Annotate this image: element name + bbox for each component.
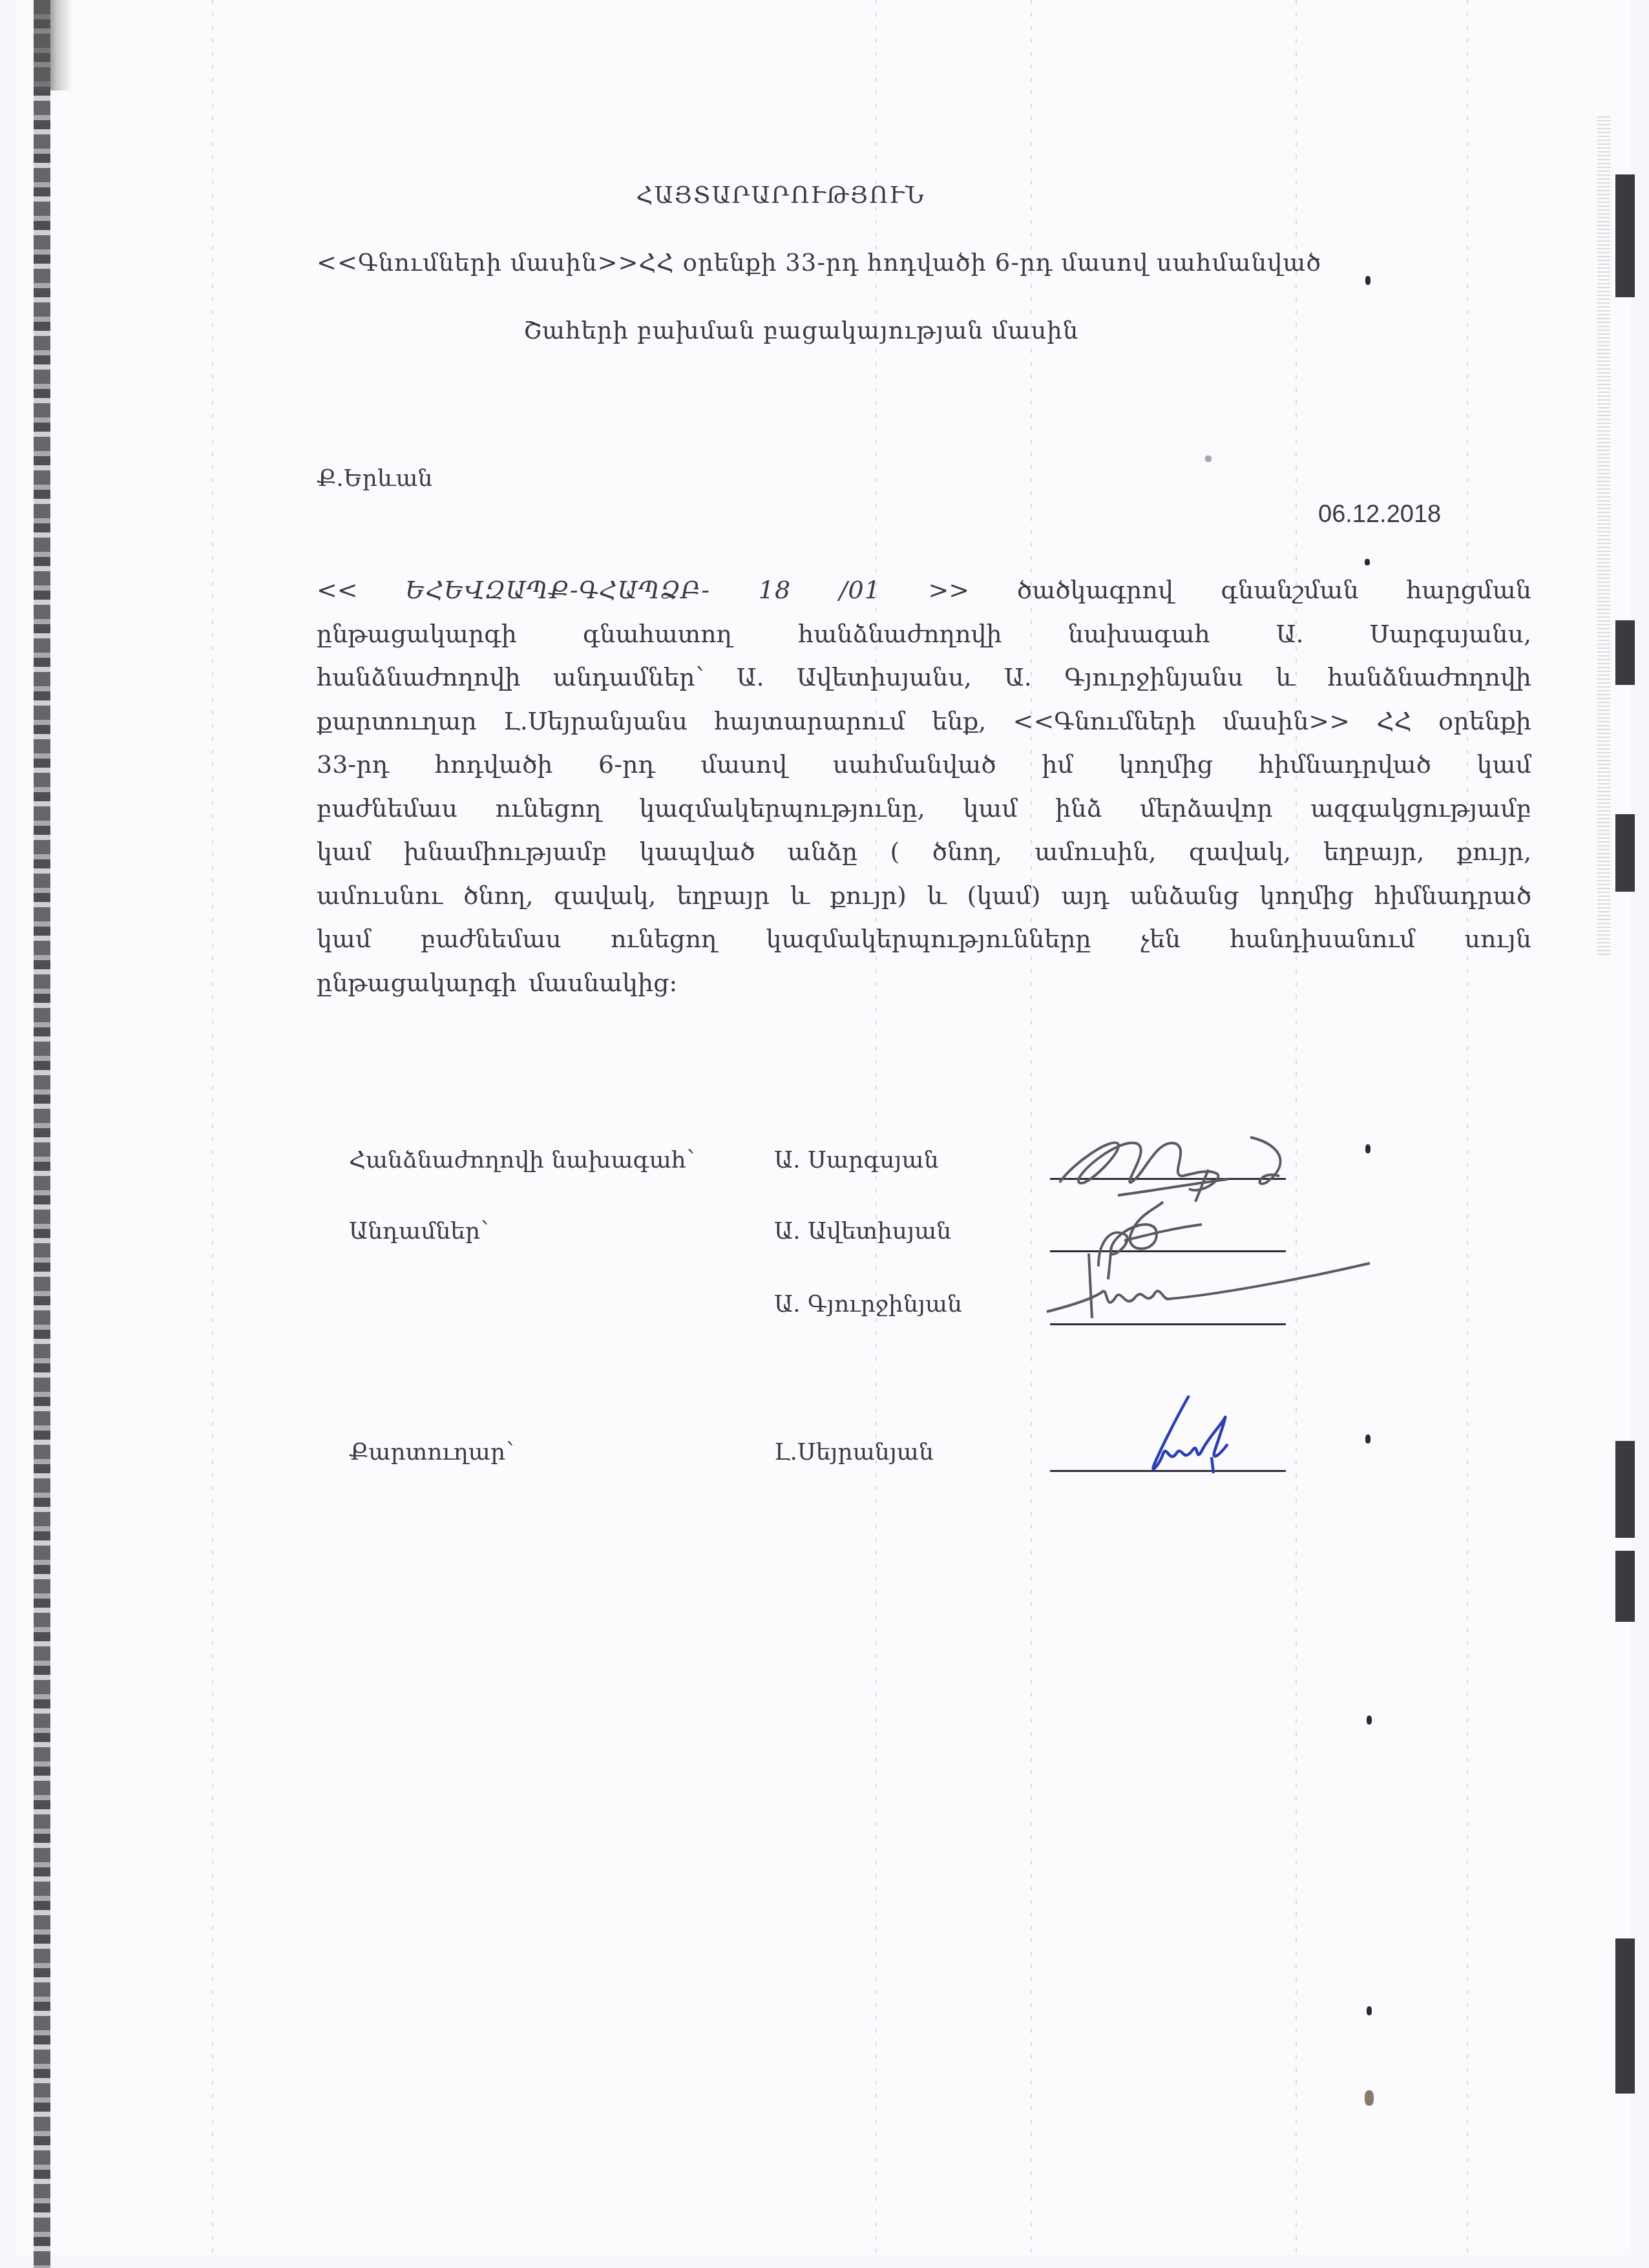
body-line: 33-րդ հոդվածի 6-րդ մասով սահմանված իմ կո… (317, 743, 1531, 787)
document-subtitle-2: Շահերի բախման բացակայության մասին (523, 317, 1170, 344)
scan-fleck (1367, 2006, 1372, 2015)
handwritten-signature-icon (1137, 1392, 1266, 1476)
scan-fleck (1365, 276, 1371, 285)
document-subtitle: <<Գնումների մասին>>ՀՀ օրենքի 33-րդ հոդվա… (317, 249, 1338, 277)
scan-edge-right-band (1615, 1441, 1635, 1538)
document-title: ՀԱՅՏԱՐԱՐՈՒԹՅՈՒՆ (613, 182, 949, 209)
body-line: կամ խնամիությամբ կապված անձը ( ծնող, ամո… (317, 830, 1531, 874)
scan-edge-left (34, 0, 50, 2268)
body-line: ամուսնու ծնող, զավակ, եղբայր և քույր) և … (317, 874, 1531, 918)
signature-role: Քարտուղար՝ (349, 1439, 514, 1465)
scan-fleck (1365, 559, 1370, 565)
scan-fleck (1367, 1716, 1372, 1725)
body-line: ընթացակարգի գնահատող հանձնաժողովի նախագա… (317, 613, 1531, 656)
signature-role: Հանձնաժողովի նախագահ՝ (349, 1147, 695, 1173)
document-city: Ք.Երևան (317, 465, 432, 492)
signature-role: Անդամներ՝ (349, 1218, 488, 1244)
scan-edge-right-band (1615, 1938, 1635, 2094)
handwritten-signature-icon (1034, 1124, 1305, 1202)
scan-fleck (1365, 1144, 1371, 1153)
scan-streak (1467, 0, 1468, 2255)
body-line: ընթացակարգի մասնակից: (317, 961, 1531, 1005)
scan-fleck (1205, 456, 1212, 462)
signature-name: Ա. Սարգսյան (774, 1147, 939, 1173)
body-line: քարտուղար Լ.Սեյրանյանս հայտարարում ենք, … (317, 700, 1531, 744)
body-line: բաժնեմաս ունեցող կազմակերպությունը, կամ … (317, 787, 1531, 831)
scan-edge-right-band (1615, 174, 1635, 297)
document-body: << ԵՀԵՎԶԱՊՔ-ԳՀԱՊՁԲ- 18 /01 >> ծածկագրով … (317, 569, 1531, 1005)
signature-name: Ա. Գյուրջինյան (774, 1291, 962, 1318)
scan-edge-right-dots (1597, 116, 1610, 956)
body-line: կամ բաժնեմաս ունեցող կազմակերպություններ… (317, 918, 1531, 961)
signature-name: Ա. Ավետիսյան (774, 1218, 951, 1244)
document-date: 06.12.2018 (1318, 501, 1441, 529)
scan-fleck (1365, 2090, 1374, 2106)
reference-code: ԵՀԵՎԶԱՊՔ-ԳՀԱՊՁԲ- 18 /01 (405, 576, 881, 604)
handwritten-signature-icon (1040, 1247, 1376, 1325)
reference-open-quote: << (317, 576, 358, 604)
scan-edge-right-band (1615, 620, 1635, 685)
scan-edge-right-band (1615, 814, 1635, 892)
scan-edge-right-band (1615, 1551, 1635, 1622)
body-line-1: << ԵՀԵՎԶԱՊՔ-ԳՀԱՊՁԲ- 18 /01 >> ծածկագրով … (317, 569, 1531, 613)
reference-close-quote: >> (928, 576, 969, 604)
body-line-text: ծածկագրով գնանշման հարցման (1017, 576, 1531, 604)
signature-name: Լ.Սեյրանյան (774, 1439, 934, 1465)
scan-streak (212, 0, 213, 2255)
scan-fleck (1365, 1434, 1371, 1444)
body-line: հանձնաժողովի անդամներ՝ Ա. Ավետիսյանս, Ա.… (317, 656, 1531, 700)
scan-edge-left-smudge (34, 0, 72, 90)
